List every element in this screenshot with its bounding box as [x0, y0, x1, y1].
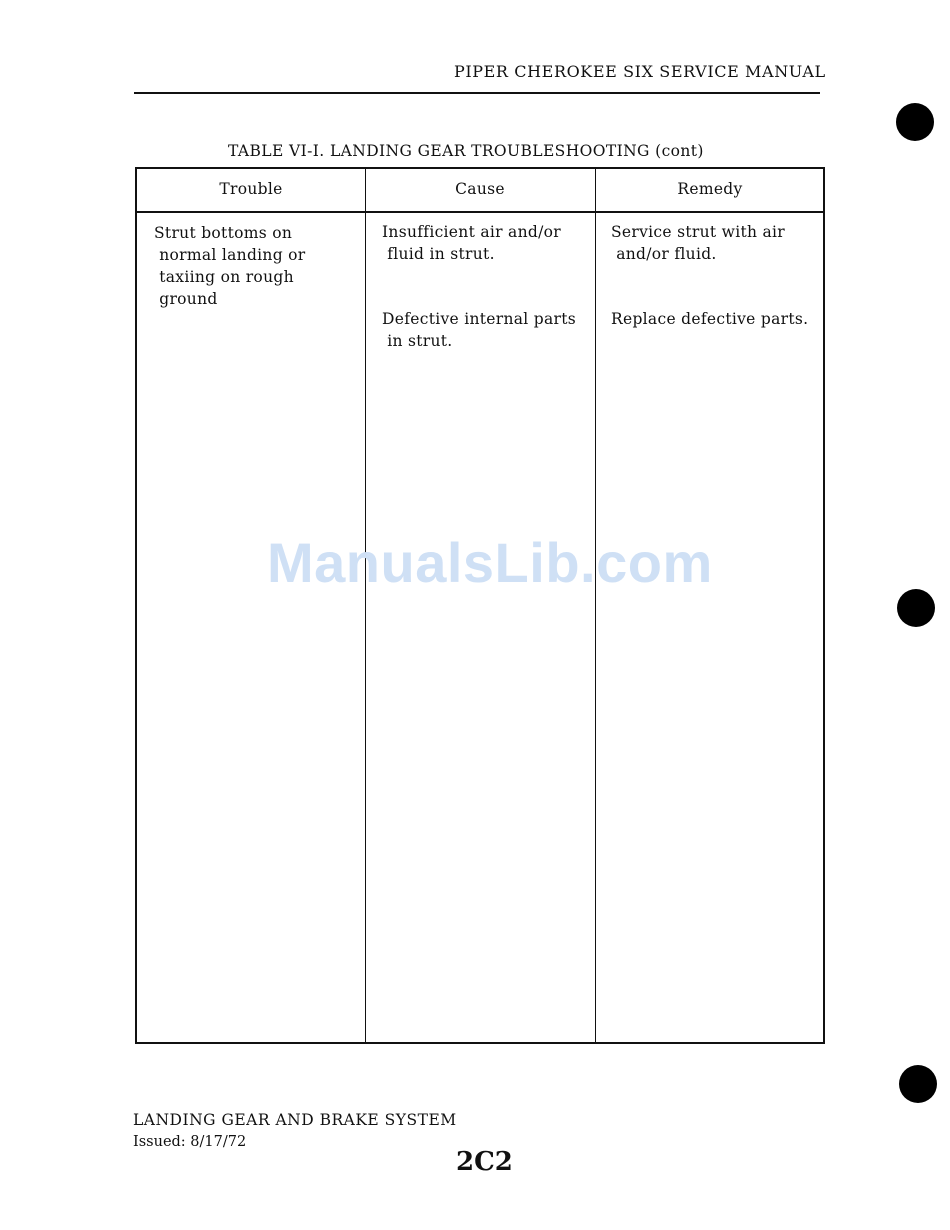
footer-section-title: LANDING GEAR AND BRAKE SYSTEM [133, 1111, 457, 1129]
punch-hole-icon [897, 589, 935, 627]
footer-issued-date: Issued: 8/17/72 [133, 1134, 246, 1150]
column-divider [595, 169, 596, 1042]
page-number: 2C2 [456, 1147, 513, 1177]
cause-cell: Insufficient air and/or fluid in strut. [382, 221, 561, 265]
header-divider [137, 211, 823, 213]
trouble-cell: Strut bottoms on normal landing or taxii… [154, 222, 306, 310]
column-header-cause: Cause [365, 180, 595, 198]
table-caption: TABLE VI-I. LANDING GEAR TROUBLESHOOTING… [228, 142, 704, 160]
header-rule [134, 92, 820, 94]
cause-cell: Defective internal parts in strut. [382, 308, 576, 352]
punch-hole-icon [899, 1065, 937, 1103]
troubleshooting-table: Trouble Cause Remedy Strut bottoms on no… [135, 167, 825, 1044]
running-head: PIPER CHEROKEE SIX SERVICE MANUAL [454, 62, 826, 81]
remedy-cell: Replace defective parts. [611, 308, 808, 330]
punch-hole-icon [896, 103, 934, 141]
remedy-cell: Service strut with air and/or fluid. [611, 221, 785, 265]
column-divider [365, 169, 366, 1042]
column-header-remedy: Remedy [595, 180, 825, 198]
column-header-trouble: Trouble [137, 180, 365, 198]
